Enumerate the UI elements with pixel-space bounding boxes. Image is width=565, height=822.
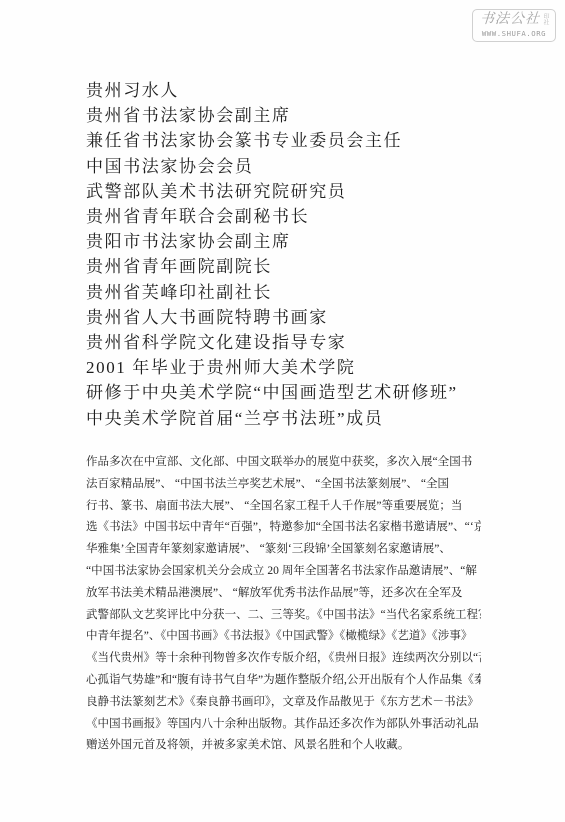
biography-line: 《中国书画报》等国内八十余种出版物。其作品还多次作为部队外事活动礼品 (86, 714, 481, 736)
biography-line: 中青年提名”、《中国书画》《书法报》《中国武警》《橄榄绿》《艺道》《涉事》 (86, 626, 481, 648)
credential-line: 贵州省青年联合会副秘书长 (86, 204, 496, 229)
credential-line: 贵州省芙峰印社副社长 (86, 280, 496, 305)
biography-line: 赠送外国元首及将领，并被多家美术馆、风景名胜和个人收藏。 (86, 735, 481, 757)
biography-line: 《当代贵州》等十余种刊物曾多次作专版介绍，《贵州日报》连续两次分别以“苦 (86, 648, 481, 670)
credential-line: 研修于中央美术学院“中国画造型艺术研修班” (86, 380, 496, 405)
biography-line: “中国书法家协会国家机关分会成立 20 周年全国著名书法家作品邀请展”、“解 (86, 561, 481, 583)
credential-line: 贵州习水人 (86, 78, 496, 103)
biography-line: 行书、篆书、扇面书法大展”、 “全国名家工程千人千作展”等重要展览；当 (86, 496, 481, 518)
biography-line: 华雅集’全国青年篆刻家邀请展”、 “篆刻‘三段锦’全国篆刻名家邀请展”、 (86, 539, 481, 561)
credentials-list: 贵州习水人 贵州省书法家协会副主席 兼任省书法家协会篆书专业委员会主任 中国书法… (86, 78, 496, 431)
biography-line: 选《书法》中国书坛中青年“百强”，特邀参加“全国书法名家楷书邀请展”、“‘京 (86, 517, 481, 539)
biography-line: 放军书法美术精品港澳展”、 “解放军优秀书法作品展”等，还多次在全军及 (86, 583, 481, 605)
credential-line: 武警部队美术书法研究院研究员 (86, 179, 496, 204)
credential-line: 贵州省青年画院副院长 (86, 254, 496, 279)
credential-line: 贵州省书法家协会副主席 (86, 103, 496, 128)
biography-paragraph: 作品多次在中宣部、文化部、中国文联举办的展览中获奖，多次入展“全国书 法百家精品… (86, 452, 481, 757)
credential-line: 2001 年毕业于贵州师大美术学院 (86, 355, 496, 380)
watermark-url-text: WWW.SHUFA.ORG (475, 29, 553, 38)
document-page: 书法公社 印社 WWW.SHUFA.ORG 贵州习水人 贵州省书法家协会副主席 … (0, 0, 565, 822)
credential-line: 贵州省人大书画院特聘书画家 (86, 305, 496, 330)
biography-line: 心孤诣气势雄”和“腹有诗书气自华”为题作整版介绍,公开出版有个人作品集《秦 (86, 670, 481, 692)
biography-line: 良静书法篆刻艺术》《秦良静书画印》，文章及作品散见于《东方艺术－书法》 (86, 692, 481, 714)
credential-line: 贵州省科学院文化建设指导专家 (86, 330, 496, 355)
watermark-seal-icon: 印社 (541, 13, 548, 25)
biography-line: 武警部队文艺奖评比中分获一、二、三等奖。《中国书法》“当代名家系统工程？ (86, 605, 481, 627)
credential-line: 中央美术学院首届“兰亭书法班”成员 (86, 406, 496, 431)
biography-line: 作品多次在中宣部、文化部、中国文联举办的展览中获奖，多次入展“全国书 (86, 452, 481, 474)
credential-line: 兼任省书法家协会篆书专业委员会主任 (86, 128, 496, 153)
watermark-brand-row: 书法公社 印社 (475, 11, 553, 28)
watermark-calligraphy-text: 书法公社 (479, 11, 540, 28)
biography-line: 法百家精品展”、 “中国书法兰亭奖艺术展”、 “全国书法篆刻展”、 “全国 (86, 474, 481, 496)
shufa-watermark-logo: 书法公社 印社 WWW.SHUFA.ORG (472, 9, 556, 42)
credential-line: 贵阳市书法家协会副主席 (86, 229, 496, 254)
credential-line: 中国书法家协会会员 (86, 154, 496, 179)
